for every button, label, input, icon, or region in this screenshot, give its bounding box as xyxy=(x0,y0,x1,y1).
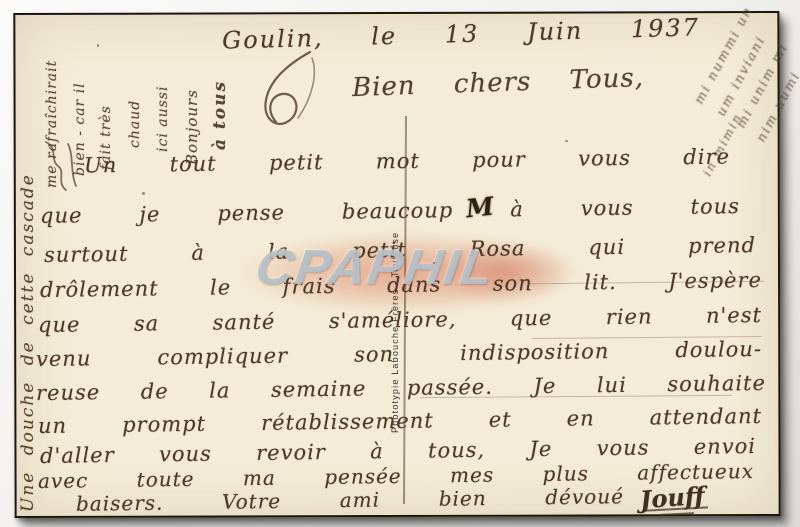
ink-speck xyxy=(565,140,568,142)
ink-speck xyxy=(142,192,145,195)
margin-note-vertical: fait très xyxy=(98,105,114,170)
margin-note-vertical: chaud xyxy=(127,100,143,148)
ink-speck xyxy=(97,44,99,47)
margin-note-vertical: à tous xyxy=(210,80,230,150)
ink-flourish xyxy=(252,48,330,140)
margin-note-vertical: bien - car il xyxy=(72,82,88,176)
ink-blot-correction: M xyxy=(465,192,496,224)
margin-note-vertical: ici aussi xyxy=(155,86,171,152)
postcard-scan: Goulin, le 13 Juin 1937 Bien chers Tous,… xyxy=(0,0,800,527)
cpaphil-watermark: CPAPHIL xyxy=(252,240,552,297)
ink-speck xyxy=(433,262,435,264)
margin-note-vertical: me rafraîchirait xyxy=(44,60,60,188)
margin-note-vertical: Bonjours xyxy=(183,89,201,165)
margin-note-vertical: Une douche de cette cascade xyxy=(18,173,38,512)
